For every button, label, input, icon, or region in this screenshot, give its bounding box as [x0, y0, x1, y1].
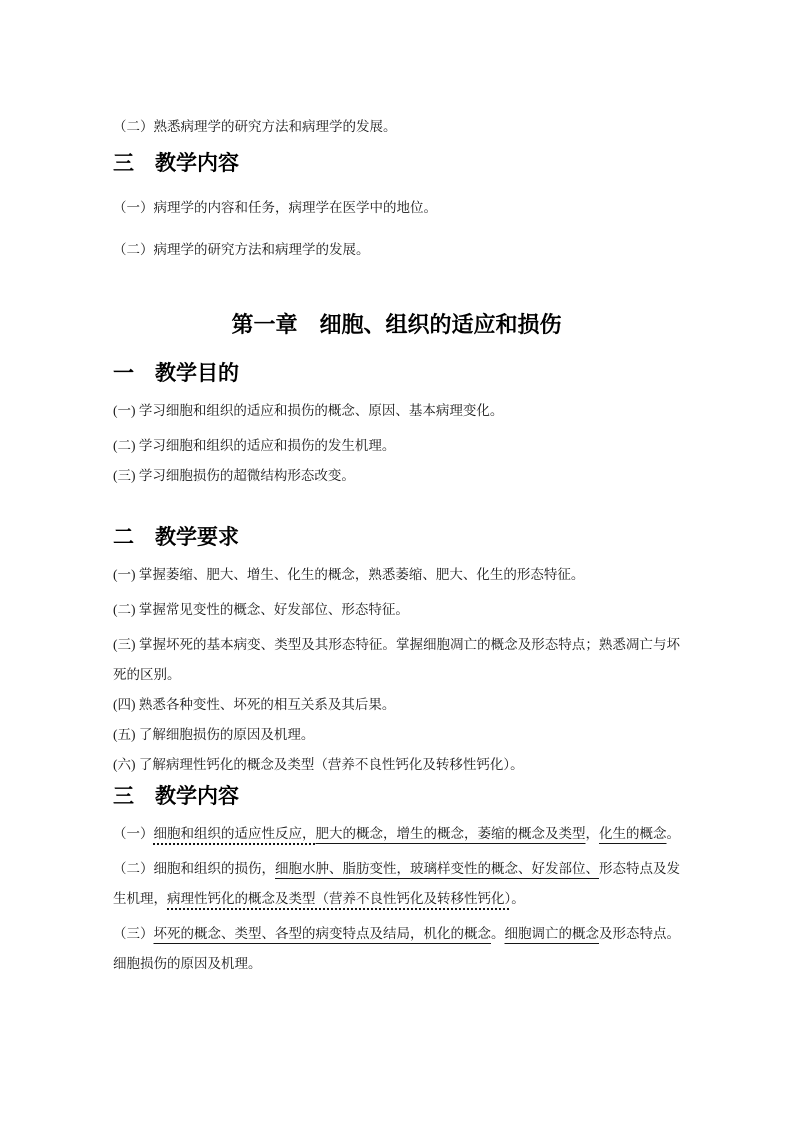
underlined-text-run: 细胞水肿、脂肪变性，玻璃样变性的概念、好发部位、: [275, 861, 599, 876]
section-heading: 二 教学要求: [113, 521, 680, 555]
text-run: (二) 学习细胞和组织的适应和损伤的发生机理。: [113, 438, 395, 453]
text-run: (一) 学习细胞和组织的适应和损伤的概念、原因、基本病理变化。: [113, 403, 503, 418]
text-run: （一）: [113, 826, 154, 841]
text-run: (三) 学习细胞损伤的超微结构形态改变。: [113, 468, 355, 483]
paragraph: （二）细胞和组织的损伤，细胞水肿、脂肪变性，玻璃样变性的概念、好发部位、形态特点…: [113, 854, 680, 914]
text-run: 二 教学要求: [113, 526, 239, 549]
text-run: 一 教学目的: [113, 362, 239, 385]
document-page: （二）熟悉病理学的研究方法和病理学的发展。三 教学内容（一）病理学的内容和任务，…: [0, 0, 793, 1122]
paragraph: (三) 掌握坏死的基本病变、类型及其形态特征。掌握细胞凋亡的概念及形态特点；熟悉…: [113, 630, 680, 690]
text-run: 。: [511, 891, 525, 906]
paragraph: (一) 学习细胞和组织的适应和损伤的概念、原因、基本病理变化。: [113, 396, 680, 426]
text-run: 。: [667, 826, 681, 841]
paragraph: (四) 熟悉各种变性、坏死的相互关系及其后果。: [113, 690, 680, 720]
underlined-text-run: 细胞和组织的适应性反应，: [154, 826, 316, 841]
underlined-text-run: 化生的概念: [599, 826, 667, 841]
underlined-text-run: 坏死的概念、类型、各型的病变特点及结局，机化的概念: [154, 926, 492, 941]
section-heading: 一 教学目的: [113, 357, 680, 391]
text-run: (一) 掌握萎缩、肥大、增生、化生的概念，熟悉萎缩、肥大、化生的形态特征。: [113, 567, 584, 582]
section-heading: 三 教学内容: [113, 147, 680, 181]
paragraph: （三）坏死的概念、类型、各型的病变特点及结局，机化的概念。细胞调亡的概念及形态特…: [113, 919, 680, 979]
text-run: 第一章 细胞、组织的适应和损伤: [231, 312, 561, 337]
paragraph: (五) 了解细胞损伤的原因及机理。: [113, 720, 680, 750]
underlined-text-run: 细胞调亡的概念: [505, 926, 600, 941]
text-run: (四) 熟悉各种变性、坏死的相互关系及其后果。: [113, 697, 395, 712]
underlined-text-run: 病理性钙化的概念及类型（营养不良性钙化及转移性钙化）: [167, 891, 511, 906]
chapter-title: 第一章 细胞、组织的适应和损伤: [113, 305, 680, 345]
paragraph: (二) 学习细胞和组织的适应和损伤的发生机理。: [113, 431, 680, 461]
paragraph: (一) 掌握萎缩、肥大、增生、化生的概念，熟悉萎缩、肥大、化生的形态特征。: [113, 560, 680, 590]
text-run: ，: [586, 826, 600, 841]
paragraph: (二) 掌握常见变性的概念、好发部位、形态特征。: [113, 595, 680, 625]
paragraph: （一）病理学的内容和任务，病理学在医学中的地位。: [113, 193, 680, 223]
text-run: (六) 了解病理性钙化的概念及类型（营养不良性钙化及转移性钙化）。: [113, 757, 524, 772]
paragraph: (六) 了解病理性钙化的概念及类型（营养不良性钙化及转移性钙化）。: [113, 750, 680, 780]
paragraph: （二）熟悉病理学的研究方法和病理学的发展。: [113, 112, 680, 142]
text-run: 三 教学内容: [113, 152, 239, 175]
text-run: 。: [491, 926, 505, 941]
document-body: （二）熟悉病理学的研究方法和病理学的发展。三 教学内容（一）病理学的内容和任务，…: [113, 112, 680, 979]
paragraph: （二）病理学的研究方法和病理学的发展。: [113, 235, 680, 265]
text-run: (三) 掌握坏死的基本病变、类型及其形态特征。掌握细胞凋亡的概念及形态特点；熟悉…: [113, 637, 680, 682]
paragraph: (三) 学习细胞损伤的超微结构形态改变。: [113, 461, 680, 491]
text-run: 三 教学内容: [113, 785, 239, 808]
text-run: (二) 掌握常见变性的概念、好发部位、形态特征。: [113, 602, 409, 617]
underlined-text-run: 肥大的概念，: [316, 826, 397, 841]
paragraph: （一）细胞和组织的适应性反应，肥大的概念，增生的概念，萎缩的概念及类型，化生的概…: [113, 819, 680, 849]
text-run: （一）病理学的内容和任务，病理学在医学中的地位。: [113, 200, 437, 215]
text-run: （二）熟悉病理学的研究方法和病理学的发展。: [113, 119, 397, 134]
underlined-text-run: 增生的概念，: [397, 826, 478, 841]
text-run: (五) 了解细胞损伤的原因及机理。: [113, 727, 314, 742]
text-run: （二）病理学的研究方法和病理学的发展。: [113, 242, 370, 257]
underlined-text-run: 萎缩的概念及类型: [478, 826, 586, 841]
section-heading: 三 教学内容: [113, 780, 680, 814]
text-run: （三）: [113, 926, 154, 941]
text-run: （二）细胞和组织的损伤，: [113, 861, 275, 876]
